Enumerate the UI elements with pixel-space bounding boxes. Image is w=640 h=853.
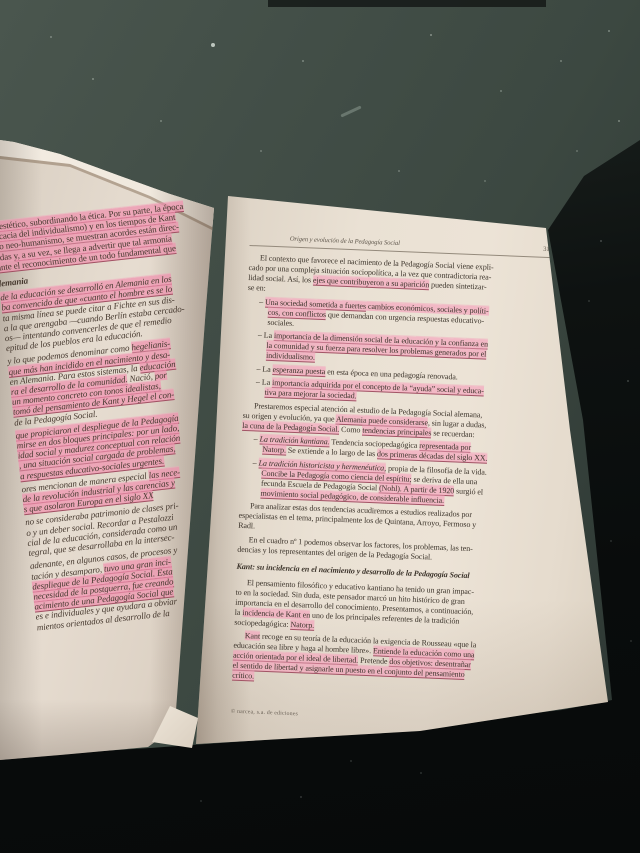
highlighted-text: Natorp. [290,619,314,630]
highlighted-text: tendencias principales [362,425,431,438]
table-edge-strip [268,0,546,7]
text-block: – La tradición historicista y hermenéuti… [251,458,542,510]
highlighted-text: individualismo. [266,351,315,363]
scratch-mark [340,105,361,117]
text-segment: se deriva de ella una [412,474,478,486]
highlighted-text: Natorp. [262,445,286,456]
page-number: 31 [543,245,550,255]
text-segment: en esta época en una pedagogía renovada. [325,367,458,381]
text-segment: pueden sintetizar- [429,280,487,291]
highlighted-text: Kant [245,631,261,641]
text-segment: – La [256,364,272,374]
text-segment: Radl. [238,521,255,531]
highlighted-text: crítico. [232,671,254,682]
text-segment: Pretende [358,656,390,666]
text-segment: se en: [248,283,266,293]
highlighted-text: esperanza puesta [272,365,325,377]
text-segment: la [235,607,243,616]
text-segment: Como [339,424,362,434]
text-segment: sociales. [267,317,294,327]
text-segment: sociopedagógica: [234,617,291,628]
book-photo-scene: n estético, subordinando la ética. Por s… [0,0,640,853]
text-block: Kant recoge en su teoría de la educación… [232,631,536,693]
text-block: El contexto que favorece el nacimiento d… [248,253,551,305]
text-segment: Kant: su incidencia en el nacimiento y d… [236,561,469,579]
running-header-title: Origen y evolución de la Pedagogía Socia… [290,235,534,255]
shadow-speckles [0,0,2,2]
text-segment: surgió el [454,486,483,496]
right-page-body: El contexto que favorece el nacimiento d… [232,253,551,693]
text-block: El pensamiento filosófico y educativo ka… [234,577,538,639]
text-segment: – La [256,377,272,387]
text-segment: se recuerdan: [431,428,475,439]
right-page-text: Origen y evolución de la Pedagogía Socia… [231,233,552,729]
text-segment: – La [258,330,274,340]
